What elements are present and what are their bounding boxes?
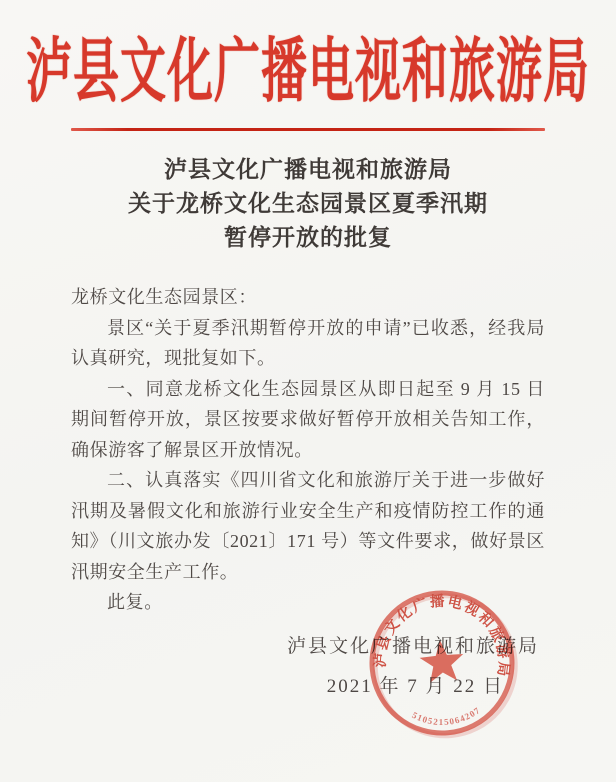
document-title-line-3: 暂停开放的批复	[0, 221, 616, 255]
signature-block: 泸县文化广播电视和旅游局 2021 年 7 月 22 日	[0, 627, 616, 707]
document-title-line-2: 关于龙桥文化生态园景区夏季汛期	[0, 187, 616, 221]
body-paragraph-item-2: 二、认真落实《四川省文化和旅游厅关于进一步做好汛期及暑假文化和旅游行业安全生产和…	[71, 465, 545, 587]
body-paragraph-intro: 景区“关于夏季汛期暂停开放的申请”已收悉，经我局认真研究，现批复如下。	[71, 313, 545, 374]
letterhead: 泸县文化广播电视和旅游局	[0, 0, 616, 131]
seal-code-container: 5105215064207	[410, 704, 484, 730]
document-page: 泸县文化广播电视和旅游局 泸县文化广播电视和旅游局 关于龙桥文化生态园景区夏季汛…	[0, 0, 616, 782]
salutation: 龙桥文化生态园景区：	[71, 282, 545, 313]
closing-phrase: 此复。	[71, 587, 545, 618]
body-paragraph-item-1: 一、同意龙桥文化生态园景区从即日起至 9 月 15 日期间暂停开放，景区按要求做…	[71, 374, 545, 466]
document-title: 泸县文化广播电视和旅游局 关于龙桥文化生态园景区夏季汛期 暂停开放的批复	[0, 153, 616, 255]
letterhead-agency-title: 泸县文化广播电视和旅游局	[26, 16, 590, 116]
signature-date: 2021 年 7 月 22 日	[0, 667, 616, 707]
document-body: 龙桥文化生态园景区： 景区“关于夏季汛期暂停开放的申请”已收悉，经我局认真研究，…	[71, 282, 545, 618]
seal-code: 5105215064207	[410, 704, 484, 730]
red-separator-line	[71, 128, 545, 131]
signature-agency: 泸县文化广播电视和旅游局	[0, 627, 616, 667]
document-title-line-1: 泸县文化广播电视和旅游局	[0, 153, 616, 187]
